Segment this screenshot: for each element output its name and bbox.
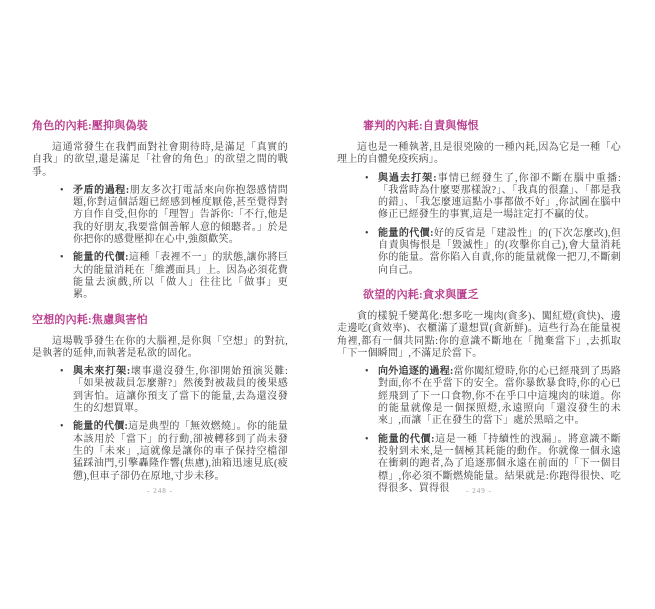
bullet-label: 能量的代價:: [73, 252, 129, 263]
list-item: •能量的代價:好的反省是「建設性」的(下次怎麼改),但自責與悔恨是「毀滅性」的(…: [337, 228, 621, 277]
page-number: - 248 -: [32, 486, 288, 496]
section-desire: 欲望的內耗:貪求與匱乏 貪的樣貌千變萬化:想多吃一塊肉(貪多)、闖紅燈(貪快)、…: [337, 289, 621, 495]
section-judgement: 審判的內耗:自責與悔恨 這也是一種執著,且是很兇險的一種內耗,因為它是一種「心理…: [337, 120, 621, 277]
page-number: - 249 -: [337, 486, 621, 496]
list-item: •向外追逐的過程:當你闖紅燈時,你的心已經飛到了馬路對面,你不在乎當下的安全。當…: [337, 366, 621, 427]
bullet-icon: •: [365, 434, 369, 446]
bullet-list: •向外追逐的過程:當你闖紅燈時,你的心已經飛到了馬路對面,你不在乎當下的安全。當…: [337, 366, 621, 495]
page-right: 審判的內耗:自責與悔恨 這也是一種執著,且是很兇險的一種內耗,因為它是一種「心理…: [337, 120, 621, 520]
page-left: 角色的內耗:壓抑與偽裝 這通常發生在我們面對社會期待時,是滿足「真實的自我」的欲…: [32, 120, 288, 520]
list-item: •能量的代價:這是典型的「無效燃燒」。你的能量本該用於「當下」的行動,卻被轉移到…: [32, 421, 288, 482]
bullet-label: 矛盾的過程:: [73, 185, 129, 196]
bullet-icon: •: [60, 185, 64, 197]
section-heading: 審判的內耗:自責與悔恨: [337, 120, 621, 133]
bullet-label: 與過去打架:: [378, 173, 437, 184]
list-item: •與未來打架:壞事還沒發生,你卻開始預演災難:「如果被裁員怎麼辦?」然後對被裁員…: [32, 366, 288, 415]
bullet-icon: •: [365, 173, 369, 185]
bullet-icon: •: [60, 366, 64, 378]
bullet-list: •與未來打架:壞事還沒發生,你卻開始預演災難:「如果被裁員怎麼辦?」然後對被裁員…: [32, 366, 288, 483]
bullet-icon: •: [365, 228, 369, 240]
book-spread: 角色的內耗:壓抑與偽裝 這通常發生在我們面對社會期待時,是滿足「真實的自我」的欲…: [0, 0, 655, 609]
section-heading: 空想的內耗:焦慮與害怕: [32, 314, 288, 327]
bullet-list: •矛盾的過程:朋友多次打電話來向你抱怨感情問題,你對這個話題已經感到極度厭倦,甚…: [32, 185, 288, 302]
bullet-label: 與未來打架:: [73, 366, 130, 377]
bullet-icon: •: [365, 366, 369, 378]
bullet-label: 能量的代價:: [378, 434, 435, 445]
intro-paragraph: 這通常發生在我們面對社會期待時,是滿足「真實的自我」的欲望,還是滿足「社會的角色…: [32, 142, 288, 179]
bullet-icon: •: [60, 421, 64, 433]
bullet-label: 能量的代價:: [73, 421, 128, 432]
list-item: •與過去打架:事情已經發生了,你卻不斷在腦中重播:「我當時為什麼要那樣說?」、「…: [337, 173, 621, 222]
section-daydream: 空想的內耗:焦慮與害怕 這場戰爭發生在你的大腦裡,是你與「空想」的對抗,是執著的…: [32, 314, 288, 483]
list-item: •矛盾的過程:朋友多次打電話來向你抱怨感情問題,你對這個話題已經感到極度厭倦,甚…: [32, 185, 288, 246]
list-item: •能量的代價:這種「表裡不一」的狀態,讓你將巨大的能量消耗在「維護面具」上。因為…: [32, 252, 288, 301]
bullet-icon: •: [60, 252, 64, 264]
section-heading: 角色的內耗:壓抑與偽裝: [32, 120, 288, 133]
bullet-label: 能量的代價:: [378, 228, 434, 239]
section-heading: 欲望的內耗:貪求與匱乏: [337, 289, 621, 302]
intro-paragraph: 這場戰爭發生在你的大腦裡,是你與「空想」的對抗,是執著的延伸,而執著是私欲的固化…: [32, 336, 288, 361]
bullet-label: 向外追逐的過程:: [378, 366, 454, 377]
section-role: 角色的內耗:壓抑與偽裝 這通常發生在我們面對社會期待時,是滿足「真實的自我」的欲…: [32, 120, 288, 302]
bullet-list: •與過去打架:事情已經發生了,你卻不斷在腦中重播:「我當時為什麼要那樣說?」、「…: [337, 173, 621, 277]
intro-paragraph: 這也是一種執著,且是很兇險的一種內耗,因為它是一種「心理上的自體免疫疾病」。: [337, 142, 621, 167]
intro-paragraph: 貪的樣貌千變萬化:想多吃一塊肉(貪多)、闖紅燈(貪快)、邊走邊吃(貪效率)、衣櫃…: [337, 311, 621, 360]
